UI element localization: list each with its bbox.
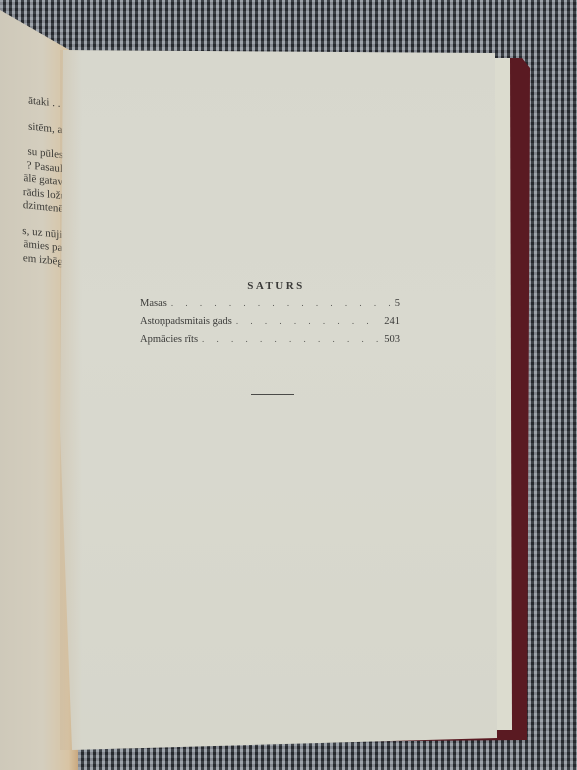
- decorative-rule: [251, 394, 294, 395]
- toc-leader-dots: . . . . . . . . . . . . . . . . .: [202, 334, 380, 344]
- toc-entry-label: Masas: [140, 298, 167, 309]
- toc-entry: Astoņpadsmitais gads . . . . . . . . . .…: [140, 316, 400, 334]
- toc-leader-dots: . . . . . . . . . . . . . . . . . . .: [171, 298, 391, 308]
- toc-entry-page: 241: [384, 316, 400, 327]
- toc-entry-label: Apmācies rīts: [140, 334, 198, 345]
- left-page-text: ātaki . . . sitēm, ar su pūles, ? Pasaul…: [0, 92, 66, 270]
- page-gutter-shadow: [60, 50, 82, 750]
- toc-entry-page: 5: [395, 298, 400, 309]
- right-page: [60, 50, 497, 750]
- table-of-contents: SATURS Masas . . . . . . . . . . . . . .…: [140, 280, 400, 352]
- toc-leader-dots: . . . . . . . . . . . . . . .: [236, 316, 380, 326]
- toc-title: SATURS: [140, 280, 400, 292]
- toc-entry-label: Astoņpadsmitais gads: [140, 316, 232, 327]
- toc-entry: Masas . . . . . . . . . . . . . . . . . …: [140, 298, 400, 316]
- toc-entry-page: 503: [384, 334, 400, 345]
- toc-entry: Apmācies rīts . . . . . . . . . . . . . …: [140, 334, 400, 352]
